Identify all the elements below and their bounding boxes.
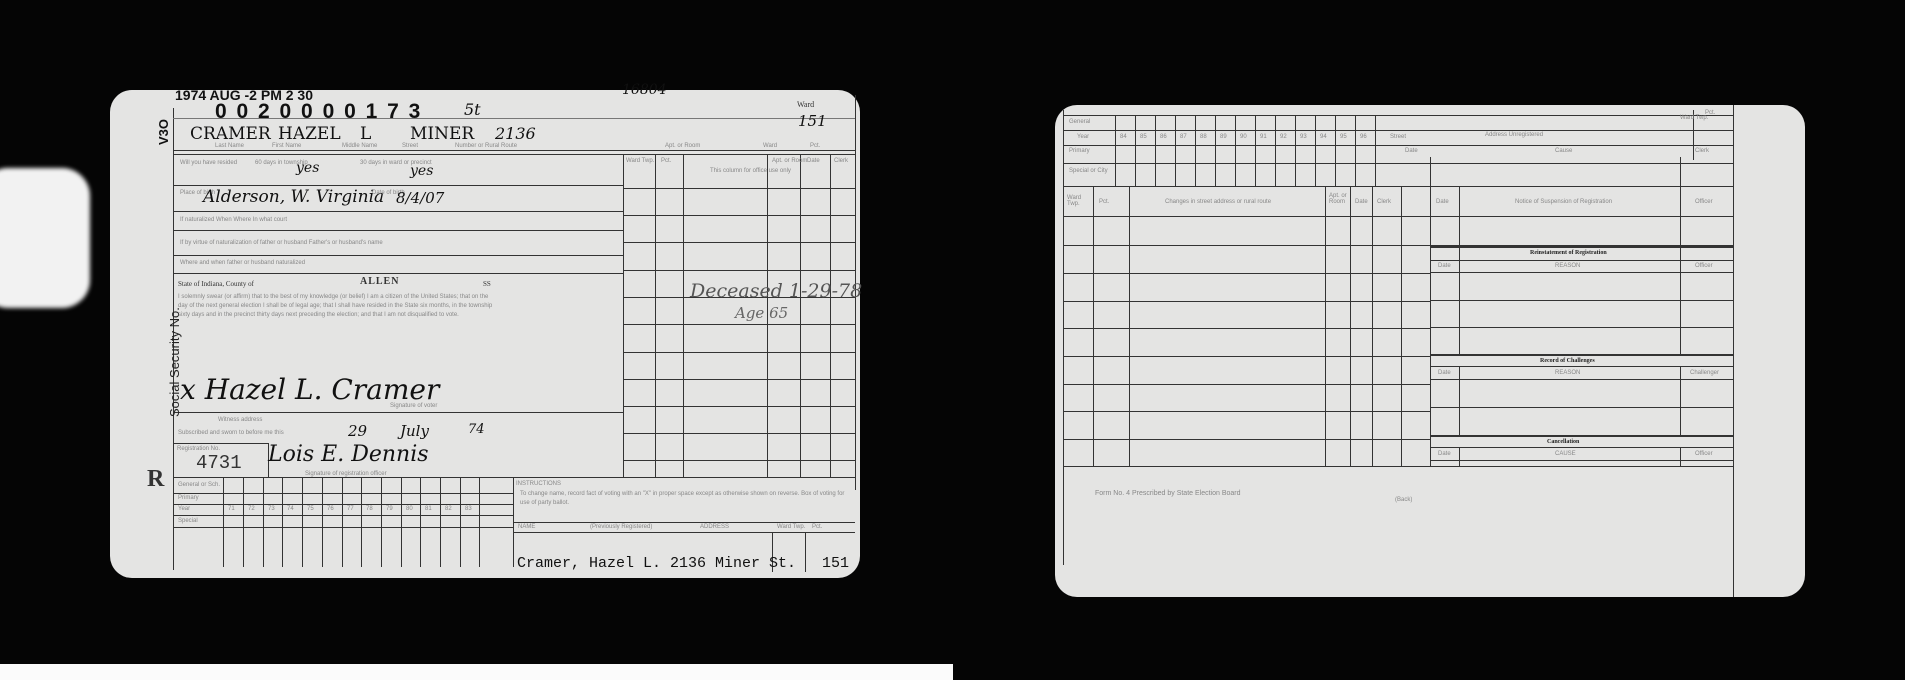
label-name: NAME [518, 524, 535, 530]
label-cause: Cause [1555, 148, 1572, 154]
label-ward-twp: Ward Twp. [777, 524, 805, 530]
vote-year: 94 [1320, 134, 1327, 140]
registration-suffix: 5t [464, 100, 481, 119]
label-witness: Witness address [218, 417, 262, 423]
grid-row-year: Year [178, 506, 190, 512]
house-number-value: 2136 [495, 124, 536, 143]
last-name-value: CRAMER [190, 124, 271, 144]
affidavit-heading: State of Indiana, County of [178, 280, 254, 288]
vote-year: 89 [1220, 134, 1227, 140]
vote-year: 86 [1160, 134, 1167, 140]
age-note: Age 65 [735, 304, 788, 322]
grid-year: 76 [327, 506, 334, 512]
label-street: Street [402, 143, 418, 149]
header-pct: Pct. [1099, 199, 1109, 205]
challenges-reason-col: REASON [1555, 370, 1580, 376]
cancellation-title: Cancellation [1547, 439, 1579, 445]
vote-row-general: General [1069, 119, 1090, 125]
label-officer-signature: Signature of registration officer [305, 471, 387, 477]
deceased-note: Deceased 1-29-78 [690, 280, 862, 302]
label-ward: Ward [763, 143, 777, 149]
label-address: ADDRESS [700, 524, 729, 530]
scan-artifact [0, 168, 90, 308]
label-date: Date [1405, 148, 1418, 154]
header-date: Date [1355, 199, 1368, 205]
header-ward-twp: Ward Twp. [626, 158, 654, 164]
ward-precinct-handwritten: 151 [798, 112, 827, 130]
vote-year: 87 [1180, 134, 1187, 140]
reinstatement-title: Reinstatement of Registration [1530, 250, 1607, 256]
registration-number: 0 0 2 0 0 0 0 1 7 3 [215, 100, 422, 124]
label-pct-bottom: Pct. [812, 524, 822, 530]
label-pct: Pct. [1705, 110, 1715, 116]
grid-row-primary: Primary [178, 495, 199, 501]
subscribed-year: 74 [468, 422, 485, 437]
label-number: Number or Rural Route [455, 143, 517, 149]
header-apt-room: Apt. or Room [1329, 193, 1349, 205]
registration-no-value: 4731 [196, 452, 242, 474]
grid-year: 81 [425, 506, 432, 512]
vote-year: 96 [1360, 134, 1367, 140]
vote-year: 84 [1120, 134, 1127, 140]
grid-row-general: General or Sch. [178, 482, 220, 488]
header-ward-twp: Ward Twp. [1067, 195, 1091, 207]
answer-township: yes [296, 160, 319, 176]
challenges-date-col: Date [1438, 370, 1451, 376]
grid-year: 78 [366, 506, 373, 512]
label-previously-registered: (Previously Registered) [590, 524, 652, 530]
header-notice-suspension: Notice of Suspension of Registration [1515, 199, 1612, 205]
ward-label: Ward [797, 100, 814, 109]
header-clerk: Clerk [834, 158, 848, 164]
label-middle-name: Middle Name [342, 143, 377, 149]
grid-year: 71 [228, 506, 235, 512]
grid-year: 75 [307, 506, 314, 512]
vote-year: 93 [1300, 134, 1307, 140]
back-label: (Back) [1395, 497, 1412, 503]
instructions-text: To change name, record fact of voting wi… [520, 490, 850, 508]
social-security-label: Social Security No. [167, 307, 182, 417]
side-code: V3O [156, 119, 171, 145]
vote-row-primary: Primary [1069, 148, 1090, 154]
top-note: 16804 [622, 82, 667, 98]
form-number: Form No. 4 Prescribed by State Election … [1095, 490, 1241, 497]
officer-signature: Lois E. Dennis [268, 442, 429, 467]
header-office-use: This column for office use only [710, 168, 791, 174]
cancellation-cause-col: CAUSE [1555, 451, 1576, 457]
vote-year: 95 [1340, 134, 1347, 140]
typed-name-address: Cramer, Hazel L. 2136 Miner St. [517, 555, 796, 572]
ss-label: SS [483, 280, 491, 288]
label-first-name: First Name [272, 143, 301, 149]
vote-year: 85 [1140, 134, 1147, 140]
label-clerk: Clerk [1695, 148, 1709, 154]
cancellation-officer-col: Officer [1695, 451, 1713, 457]
instructions-title: INSTRUCTIONS [516, 481, 561, 487]
reinstatement-reason-col: REASON [1555, 263, 1580, 269]
birth-place-value: Alderson, W. Virginia [203, 187, 384, 207]
registration-card-back: General Year Primary Special or City 84 … [1055, 105, 1805, 597]
voter-signature: x Hazel L. Cramer [180, 373, 439, 406]
grid-year: 83 [465, 506, 472, 512]
header-suspension-date: Date [1436, 199, 1449, 205]
header-changes: Changes in street address or rural route [1165, 199, 1271, 205]
subscribed-day: 29 [348, 422, 367, 440]
label-voter-signature: Signature of voter [390, 403, 437, 409]
reinstatement-date-col: Date [1438, 263, 1451, 269]
typed-precinct: 151 [822, 555, 849, 572]
challenges-title: Record of Challenges [1540, 358, 1595, 364]
label-naturalized: If naturalized When Where In what court [180, 217, 287, 223]
label-last-name: Last Name [215, 143, 244, 149]
r-mark: R [147, 466, 164, 493]
header-clerk: Clerk [1377, 199, 1391, 205]
label-address-unregistered: Address Unregistered [1485, 132, 1543, 138]
street-value: MINER [410, 124, 474, 144]
grid-year: 79 [386, 506, 393, 512]
county-value: ALLEN [360, 276, 399, 287]
reinstatement-officer-col: Officer [1695, 263, 1713, 269]
registration-card-front: 1974 AUG -2 PM 2 30 0 0 2 0 0 0 0 1 7 3 … [110, 90, 860, 578]
label-subscribed: Subscribed and sworn to before me this [178, 430, 284, 436]
label-street: Street [1390, 134, 1406, 140]
vote-row-special: Special or City [1069, 168, 1109, 174]
grid-year: 74 [287, 506, 294, 512]
first-name-value: HAZEL [278, 124, 341, 144]
header-pct: Pct. [661, 158, 671, 164]
challenges-challenger-col: Challenger [1690, 370, 1719, 376]
subscribed-month: July [400, 422, 429, 440]
birth-date-value: 8/4/07 [396, 189, 444, 207]
vote-year: 90 [1240, 134, 1247, 140]
grid-year: 72 [248, 506, 255, 512]
grid-year: 80 [406, 506, 413, 512]
label-pct: Pct. [810, 143, 820, 149]
vote-year: 88 [1200, 134, 1207, 140]
scan-margin [0, 664, 953, 680]
label-where-naturalized: Where and when father or husband natural… [180, 260, 305, 266]
vote-year: 92 [1280, 134, 1287, 140]
grid-row-special: Special [178, 518, 198, 524]
vote-row-year: Year [1077, 134, 1089, 140]
answer-precinct: yes [410, 163, 433, 179]
grid-year: 73 [268, 506, 275, 512]
header-officer: Officer [1695, 199, 1713, 205]
middle-name-value: L [360, 124, 371, 144]
grid-year: 77 [347, 506, 354, 512]
vote-year: 91 [1260, 134, 1267, 140]
cancellation-date-col: Date [1438, 451, 1451, 457]
header-apt-room: Apt. or Room [772, 158, 807, 164]
label-apt: Apt. or Room [665, 143, 700, 149]
label-resided: Will you have resided [180, 160, 237, 166]
label-father: If by virtue of naturalization of father… [180, 240, 383, 246]
affidavit-text: I solemnly swear (or affirm) that to the… [178, 293, 498, 320]
header-date: Date [807, 158, 820, 164]
grid-year: 82 [445, 506, 452, 512]
